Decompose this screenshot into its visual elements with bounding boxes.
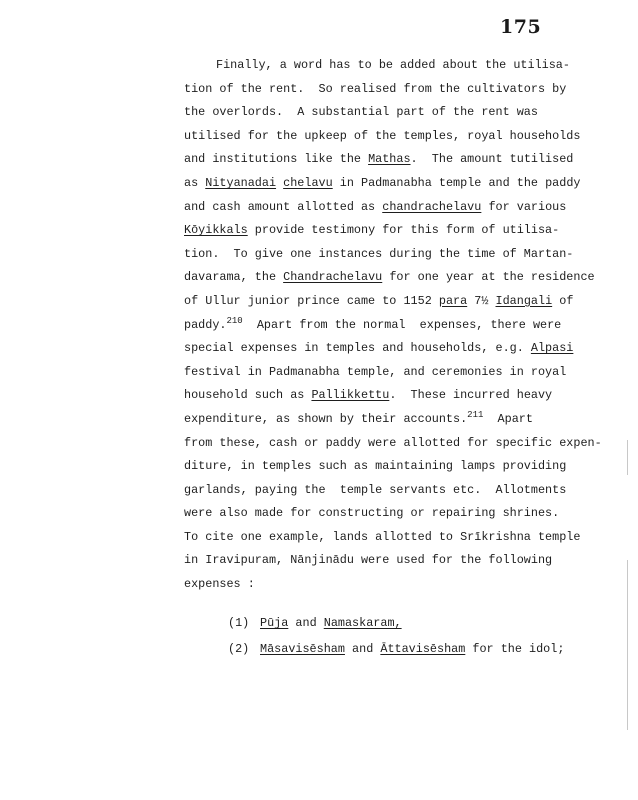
text-segment: the overlords. A substantial part of the…	[184, 105, 538, 119]
footnote-ref: 211	[467, 410, 483, 420]
text-line: of Ullur junior prince came to 1152 para…	[184, 290, 624, 314]
text-segment: Finally, a word has to be added about th…	[216, 58, 570, 72]
text-segment: special expenses in temples and househol…	[184, 341, 531, 355]
text-segment: Apart from the normal expenses, there we…	[243, 318, 562, 332]
text-segment: of Ullur junior prince came to 1152	[184, 294, 439, 308]
scan-artifact-line	[627, 560, 628, 730]
text-line: in Iravipuram, Nānjinādu were used for t…	[184, 549, 624, 573]
text-line: To cite one example, lands allotted to S…	[184, 526, 624, 550]
text-segment: davarama, the	[184, 270, 283, 284]
text-segment: of	[552, 294, 573, 308]
underlined-term: Namaskaram,	[324, 616, 402, 630]
text-segment: utilised for the upkeep of the temples, …	[184, 129, 580, 143]
text-line: Kōyikkals provide testimony for this for…	[184, 219, 624, 243]
text-line: expenditure, as shown by their accounts.…	[184, 408, 624, 432]
text-line: were also made for constructing or repai…	[184, 502, 624, 526]
text-line: davarama, the Chandrachelavu for one yea…	[184, 266, 624, 290]
text-segment: festival in Padmanabha temple, and cerem…	[184, 365, 566, 379]
text-segment: . These incurred heavy	[389, 388, 552, 402]
text-line: the overlords. A substantial part of the…	[184, 101, 624, 125]
text-segment: tion. To give one instances during the t…	[184, 247, 573, 261]
text-line: expenses :	[184, 573, 624, 597]
text-line: from these, cash or paddy were allotted …	[184, 432, 624, 456]
text-segment: as	[184, 176, 205, 190]
text-segment: in Iravipuram, Nānjinādu were used for t…	[184, 553, 552, 567]
underlined-term: Kōyikkals	[184, 223, 248, 237]
text-segment: in Padmanabha temple and the paddy	[333, 176, 581, 190]
text-segment: diture, in temples such as maintaining l…	[184, 459, 566, 473]
underlined-term: Pūja	[260, 616, 288, 630]
text-segment: Apart	[483, 412, 533, 426]
text-segment: expenditure, as shown by their accounts.	[184, 412, 467, 426]
footnote-ref: 210	[226, 316, 242, 326]
text-segment: provide testimony for this form of utili…	[248, 223, 560, 237]
text-line: paddy.210 Apart from the normal expenses…	[184, 314, 624, 338]
text-line: tion. To give one instances during the t…	[184, 243, 624, 267]
text-line: tion of the rent. So realised from the c…	[184, 78, 624, 102]
text-segment: To cite one example, lands allotted to S…	[184, 530, 580, 544]
underlined-term: Mathas	[368, 152, 410, 166]
list-number: (1)	[228, 610, 260, 636]
underlined-term: Āttavisēsham	[380, 642, 465, 656]
text-segment: paddy.	[184, 318, 226, 332]
text-segment: were also made for constructing or repai…	[184, 506, 559, 520]
text-segment: and institutions like the	[184, 152, 368, 166]
text-segment: for various	[481, 200, 566, 214]
text-segment: 7½	[467, 294, 495, 308]
underlined-term: Pallikkettu	[311, 388, 389, 402]
text-line: Finally, a word has to be added about th…	[184, 54, 624, 78]
text-line: diture, in temples such as maintaining l…	[184, 455, 624, 479]
text-segment: and	[345, 642, 380, 656]
text-segment: garlands, paying the temple servants etc…	[184, 483, 566, 497]
text-line: and cash amount allotted as chandrachela…	[184, 196, 624, 220]
text-segment: from these, cash or paddy were allotted …	[184, 436, 602, 450]
underlined-term: Chandrachelavu	[283, 270, 382, 284]
underlined-term: Idangali	[496, 294, 553, 308]
text-segment: for one year at the residence	[382, 270, 594, 284]
text-segment: expenses :	[184, 577, 255, 591]
underlined-term: chelavu	[283, 176, 333, 190]
underlined-term: Nityanadai	[205, 176, 276, 190]
page-number: 175	[500, 16, 541, 38]
list-item: (2)Māsavisēsham and Āttavisēsham for the…	[228, 636, 564, 662]
text-segment: . The amount tutilised	[411, 152, 574, 166]
scan-artifact-line	[627, 440, 628, 475]
underlined-term: para	[439, 294, 467, 308]
body-paragraph: Finally, a word has to be added about th…	[184, 54, 624, 597]
text-line: utilised for the upkeep of the temples, …	[184, 125, 624, 149]
text-line: household such as Pallikkettu. These inc…	[184, 384, 624, 408]
text-segment: and cash amount allotted as	[184, 200, 382, 214]
text-segment: tion of the rent. So realised from the c…	[184, 82, 566, 96]
list-item: (1)Pūja and Namaskaram,	[228, 610, 564, 636]
underlined-term: Alpasi	[531, 341, 573, 355]
text-segment: household such as	[184, 388, 311, 402]
expense-list: (1)Pūja and Namaskaram,(2)Māsavisēsham a…	[228, 610, 564, 662]
text-line: and institutions like the Mathas. The am…	[184, 148, 624, 172]
underlined-term: chandrachelavu	[382, 200, 481, 214]
text-segment: and	[288, 616, 323, 630]
list-number: (2)	[228, 636, 260, 662]
text-line: as Nityanadai chelavu in Padmanabha temp…	[184, 172, 624, 196]
text-line: special expenses in temples and househol…	[184, 337, 624, 361]
document-page: 175 Finally, a word has to be added abou…	[0, 0, 638, 800]
text-line: festival in Padmanabha temple, and cerem…	[184, 361, 624, 385]
underlined-term: Māsavisēsham	[260, 642, 345, 656]
text-line: garlands, paying the temple servants etc…	[184, 479, 624, 503]
text-segment: for the idol;	[465, 642, 564, 656]
